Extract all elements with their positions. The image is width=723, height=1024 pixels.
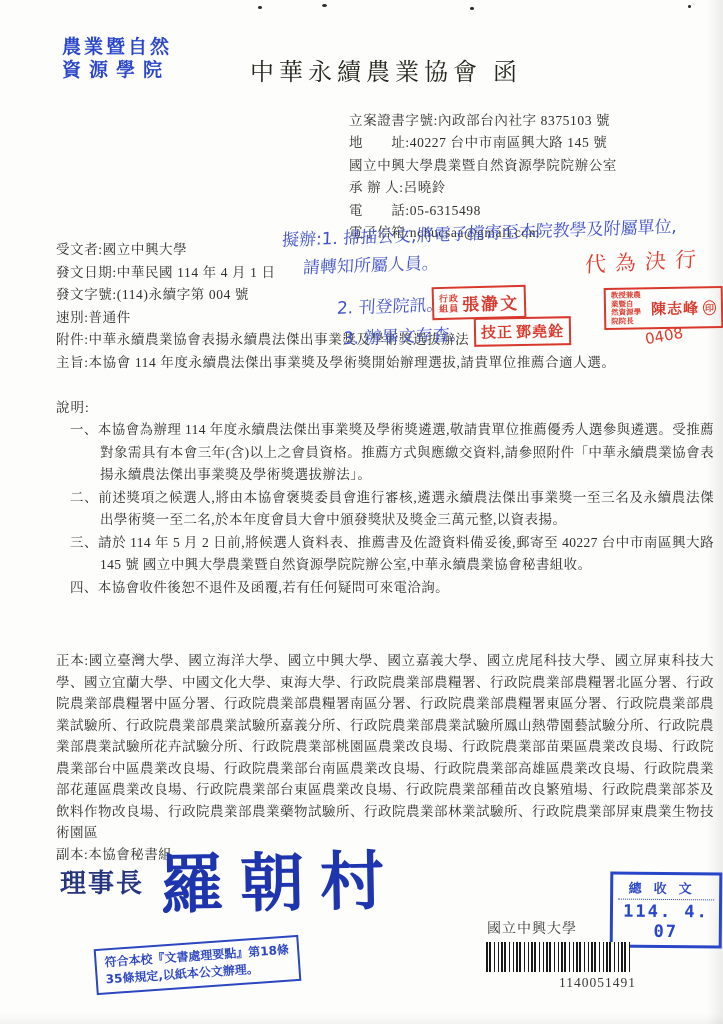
dean-role: 教授兼農業暨自 然資源學院院長 [611, 291, 649, 326]
chairman-signature: 羅朝村 [159, 850, 400, 918]
dean-name-stamp: 教授兼農業暨自 然資源學院院長 陳志峰 印 [604, 286, 723, 330]
explanation-item-4: 四、本協會收件後恕不退件及函覆,若有任何疑問可來電洽詢。 [70, 577, 714, 600]
technician-role: 技正 [481, 321, 513, 343]
contact-person: 承 辦 人:呂曉鈴 [349, 177, 617, 199]
seal-mark-icon: 印 [703, 300, 716, 315]
handwritten-approval: 代為決行 [584, 243, 705, 279]
chairman-title: 理事長 [60, 863, 144, 900]
explanation-item-3: 三、請於 114 年 5 月 2 日前,將候選人資料表、推薦書及佐證資料備妥後,… [70, 532, 714, 577]
cc-recipients: 副本:本協會秘書組 [56, 843, 172, 863]
sender-address: 地 址:40227 台中市南區興大路 145 號 [349, 132, 617, 154]
original-recipients: 正本:國立臺灣大學、國立海洋大學、國立中興大學、國立嘉義大學、國立虎尾科技大學、… [56, 650, 714, 844]
receipt-stamp-date: 114. 4. 07 [618, 902, 714, 943]
college-name-stamp: 農業暨自然 資源學院 [62, 36, 172, 82]
staff-role: 行政 組員 [439, 293, 460, 314]
scan-speck [470, 7, 474, 10]
scan-speck [322, 4, 327, 7]
receipt-stamp-title: 總收文 [618, 878, 714, 901]
explanation-list: 一、本協會為辦理 114 年度永續農法傑出事業獎及學術獎遴選,敬請貴單位推薦優秀… [56, 419, 714, 599]
paper-procedure-stamp: 符合本校『文書處理要點』第18條 35條規定,以紙本公文辦理。 [94, 935, 301, 995]
college-stamp-line1: 農業暨自然 [62, 36, 172, 59]
explanation-item-2: 二、前述獎項之候選人,將由本協會褒獎委員會進行審核,遴選永續農法傑出事業獎一至三… [70, 487, 714, 532]
technician-name: 鄧堯銓 [516, 320, 564, 342]
staff-name: 張瀞文 [462, 289, 520, 315]
scan-speck [688, 5, 691, 8]
received-by-label: 國立中興大學 [487, 918, 577, 938]
subject-line: 主旨:本協會 114 年度永續農法傑出事業獎及學術獎開始辦理選拔,請貴單位推薦合… [56, 351, 723, 374]
registration-number: 立案證書字號:內政部台內社字 8375103 號 [349, 110, 617, 132]
explanation-label: 說明: [56, 396, 90, 416]
sender-office: 國立中興大學農業暨自然資源學院院辦公室 [349, 155, 617, 177]
technician-name-stamp: 技正 鄧堯銓 [474, 316, 572, 347]
scan-speck [258, 6, 262, 9]
dean-name: 陳志峰 [651, 297, 699, 319]
scanned-official-letter: 農業暨自然 資源學院 中華永續農業協會 函 立案證書字號:內政部台內社字 837… [0, 0, 723, 1024]
document-title: 中華永續農業協會 函 [250, 52, 522, 87]
barcode [486, 942, 630, 972]
handwritten-note-3: 2. 刊登院訊。 [336, 290, 444, 319]
explanation-item-1: 一、本協會為辦理 114 年度永續農法傑出事業獎及學術獎遴選,敬請貴單位推薦優秀… [70, 419, 714, 487]
general-receipt-stamp: 總收文 114. 4. 07 [610, 872, 723, 949]
barcode-number: 1140051491 [486, 975, 636, 991]
college-stamp-line2: 資源學院 [62, 59, 172, 82]
staff-name-stamp: 行政 組員 張瀞文 [432, 285, 527, 320]
handwritten-note-2: 請轉知所屬人員。 [302, 249, 439, 279]
handwritten-note-4: 3. 辦畢文存查。 [342, 320, 467, 349]
